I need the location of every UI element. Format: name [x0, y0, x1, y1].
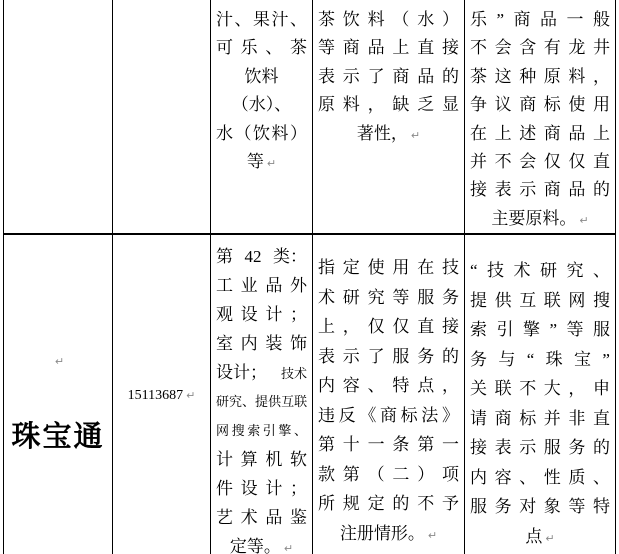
text-line: 违反《商标法》 [318, 401, 459, 431]
text-line: 原料，缺乏显 [318, 91, 459, 119]
text: 类： [273, 242, 307, 271]
document-page: 汁、果汁、 可乐、茶 饮料 （水）、 水（饮料） 等↵ 茶饮料（水） 等商品上直… [0, 0, 619, 554]
text: 著性， [357, 124, 408, 143]
text: 点 [525, 527, 542, 546]
text-line: 第十一条第一 [318, 430, 459, 460]
text-line: 上，仅仅直接 [318, 312, 459, 342]
text: 设计； [216, 358, 267, 387]
text-line: 乐”商品一般 [470, 6, 610, 34]
application-number: 15113687 [128, 388, 183, 403]
cell-r1-review-reason: 乐”商品一般 不会含有龙井 茶这种原料， 争议商标使用 在上述商品上 并不会仅仅… [465, 0, 616, 235]
text-line: 汁、果汁、 [216, 6, 307, 34]
text-line: 件设计； [216, 474, 307, 503]
paragraph-mark-icon: ↵ [281, 542, 293, 554]
cell-r1-trademark-empty [3, 0, 113, 235]
text-line: 艺术品鉴 [216, 503, 307, 532]
text-line: 观设计； [216, 300, 307, 329]
text-line: 内容、性质、 [470, 463, 610, 493]
text-line: 网搜索引擎、 [216, 416, 307, 445]
text-line: 争议商标使用 [470, 91, 610, 119]
text-line: 饮料 [216, 63, 307, 91]
text-line: 注册情形。↵ [318, 519, 459, 549]
paragraph-mark-icon: ↵ [264, 157, 276, 170]
text-line: 著性，↵ [318, 120, 459, 148]
text-line: 计算机软 [216, 445, 307, 474]
cell-r1-application-no-empty [113, 0, 211, 235]
text: 第 [216, 242, 233, 271]
text-line: 主要原料。↵ [470, 205, 610, 233]
trademark-name: 珠宝通 [9, 421, 107, 453]
text-line: 茶饮料（水） [318, 6, 459, 34]
text-line: 款第（二）项 [318, 460, 459, 490]
text-line: 水（饮料） [216, 120, 307, 148]
cell-r1-goods-list: 汁、果汁、 可乐、茶 饮料 （水）、 水（饮料） 等↵ [211, 0, 313, 235]
text-line: 可乐、茶 [216, 34, 307, 62]
empty-paragraph-line: ↵ [9, 353, 107, 367]
text-line: 不会含有龙井 [470, 34, 610, 62]
text-line: 设计； 技术 [216, 358, 307, 387]
text-line: 第 42 类： [216, 242, 307, 271]
text-line: 指定使用在技 [318, 253, 459, 283]
text: 主要原料。 [491, 209, 576, 228]
paragraph-mark-icon: ↵ [425, 529, 437, 542]
text-line: 接表示服务的 [470, 433, 610, 463]
text-line: 等↵ [216, 148, 307, 176]
paragraph-mark-icon: ↵ [576, 214, 588, 227]
text-line: 在上述商品上 [470, 120, 610, 148]
text-line: 请商标并非直 [470, 404, 610, 434]
text-line: 内容、特点， [318, 371, 459, 401]
cell-r2-goods-services: 第 42 类： 工业品外 观设计； 室内装饰 设计； 技术 研究、提供互联 网搜… [211, 235, 313, 554]
paragraph-mark-icon: ↵ [542, 532, 554, 545]
text-line: 茶这种原料， [470, 63, 610, 91]
cell-r2-application-number: 15113687↵ [113, 235, 211, 554]
cell-r2-examiner-opinion: 指定使用在技 术研究等服务 上，仅仅直接 表示了服务的 内容、特点， 违反《商标… [313, 235, 465, 554]
text-line: “技术研究、 [470, 256, 610, 286]
cell-r2-trademark-name: ↵ 珠宝通 [3, 235, 113, 554]
cell-r1-examiner-opinion: 茶饮料（水） 等商品上直接 表示了商品的 原料，缺乏显 著性，↵ [313, 0, 465, 235]
text: 技术 [281, 359, 307, 388]
text-line: 表示了服务的 [318, 342, 459, 372]
text-line: 研究、提供互联 [216, 387, 307, 416]
text: 等 [247, 152, 264, 171]
text: 42 [245, 242, 262, 271]
text-line: 接表示商品的 [470, 176, 610, 204]
text-line: 工业品外 [216, 271, 307, 300]
text-line: （水）、 [216, 91, 307, 119]
text-line: 服务对象等特 [470, 492, 610, 522]
text-line: 关联不大，申 [470, 374, 610, 404]
text-line: 术研究等服务 [318, 283, 459, 313]
text-line: 等商品上直接 [318, 34, 459, 62]
text-line: 表示了商品的 [318, 63, 459, 91]
paragraph-mark-icon: ↵ [408, 129, 420, 142]
text-line: 索引擎”等服 [470, 315, 610, 345]
text-line: 并不会仅仅直 [470, 148, 610, 176]
trademark-review-table: 汁、果汁、 可乐、茶 饮料 （水）、 水（饮料） 等↵ 茶饮料（水） 等商品上直… [3, 0, 616, 554]
text-line: 定等。↵ [216, 532, 307, 554]
application-number-line: 15113687↵ [118, 388, 205, 404]
text-line: 室内装饰 [216, 329, 307, 358]
text-line: 务与“珠宝” [470, 345, 610, 375]
paragraph-mark-icon: ↵ [183, 389, 195, 402]
text: 定等。 [230, 537, 281, 554]
text-line: 提供互联网搜 [470, 286, 610, 316]
paragraph-mark-icon: ↵ [52, 355, 64, 368]
cell-r2-review-reason: “技术研究、 提供互联网搜 索引擎”等服 务与“珠宝” 关联不大，申 请商标并非… [465, 235, 616, 554]
text: 注册情形。 [340, 524, 425, 543]
text-line: 所规定的不予 [318, 489, 459, 519]
text-line: 点↵ [470, 522, 610, 552]
